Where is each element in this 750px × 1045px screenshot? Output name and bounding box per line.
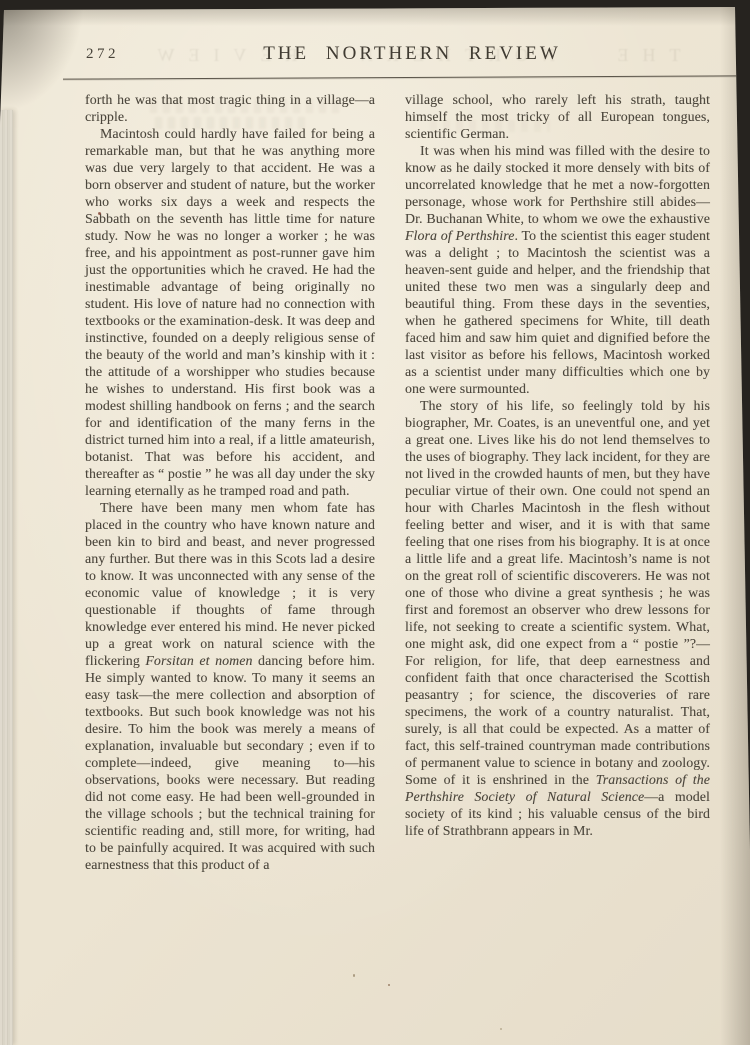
paragraph: The story of his life, so feelingly told…: [405, 397, 710, 839]
italic-text: Flora of Perthshire: [405, 228, 514, 243]
paragraph: forth he was that most tragic thing in a…: [85, 91, 375, 125]
ink-speck: [500, 1028, 502, 1030]
journal-title: THE NORTHERN REVIEW: [74, 43, 750, 65]
text-run: dancing before him. He simply wanted to …: [85, 653, 375, 872]
right-column: village school, who rarely left his stra…: [405, 91, 710, 873]
article-body: forth he was that most tragic thing in a…: [85, 91, 710, 873]
ink-speck: [353, 974, 355, 977]
paragraph: Macintosh could hardly have failed for b…: [85, 125, 375, 499]
left-column: forth he was that most tragic thing in a…: [85, 91, 375, 873]
text-run: There have been many men whom fate has p…: [85, 500, 375, 668]
ink-speck: [98, 212, 101, 215]
scanned-page: THE NORTHERN REVIEW 272 THE NORTHERN REV…: [0, 0, 750, 1045]
paper: THE NORTHERN REVIEW 272 THE NORTHERN REV…: [0, 0, 750, 1045]
text-run: forth he was that most tragic thing in a…: [85, 92, 375, 124]
text-run: It was when his mind was filled with the…: [405, 143, 710, 226]
text-run: . To the scientist this eager student wa…: [405, 228, 710, 396]
text-run: village school, who rarely left his stra…: [405, 92, 710, 141]
paragraph: It was when his mind was filled with the…: [405, 142, 710, 397]
text-run: The story of his life, so feelingly told…: [405, 398, 710, 787]
italic-text: Forsitan et nomen: [145, 653, 252, 668]
header-rule: [63, 75, 737, 79]
paragraph: village school, who rarely left his stra…: [405, 91, 710, 142]
text-run: Macintosh could hardly have failed for b…: [85, 126, 375, 498]
book-page-edges: [0, 110, 13, 1045]
paragraph: There have been many men whom fate has p…: [85, 499, 375, 873]
ink-speck: [388, 984, 390, 986]
